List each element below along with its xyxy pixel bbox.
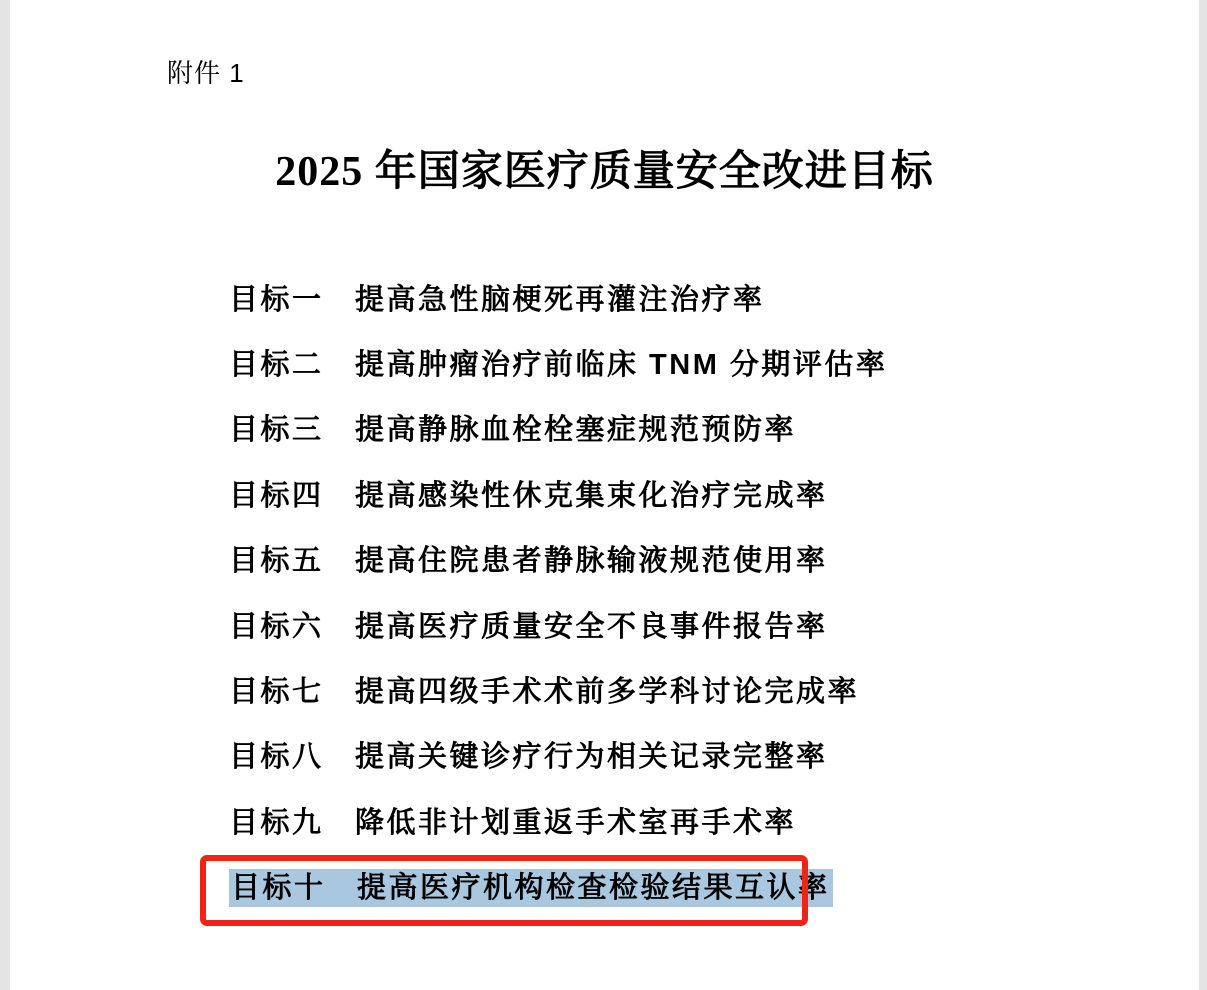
- goal-item-9: 目标九 降低非计划重返手术室再手术率: [0, 790, 1207, 855]
- goal-item-text: 目标一 提高急性脑梗死再灌注治疗率: [229, 281, 765, 319]
- goal-item-4: 目标四 提高感染性休克集束化治疗完成率: [0, 463, 1207, 528]
- goal-item-text: 目标八 提高关键诊疗行为相关记录完整率: [229, 738, 828, 776]
- goal-item-10-highlighted: 目标十 提高医疗机构检查检验结果互认率: [0, 856, 1207, 921]
- goal-item-7: 目标七 提高四级手术术前多学科讨论完成率: [0, 659, 1207, 724]
- goal-item-5: 目标五 提高住院患者静脉输液规范使用率: [0, 529, 1207, 594]
- goal-item-text: 目标九 降低非计划重返手术室再手术率: [229, 804, 796, 842]
- goal-item-text-selected: 目标十 提高医疗机构检查检验结果互认率: [229, 869, 833, 907]
- goal-item-2: 目标二 提高肿瘤治疗前临床 TNM 分期评估率: [0, 332, 1207, 397]
- goal-item-text: 目标四 提高感染性休克集束化治疗完成率: [229, 477, 828, 515]
- goal-list: 目标一 提高急性脑梗死再灌注治疗率 目标二 提高肿瘤治疗前临床 TNM 分期评估…: [0, 267, 1207, 921]
- attachment-label: 附件 1: [167, 53, 245, 90]
- goal-item-text: 目标六 提高医疗质量安全不良事件报告率: [229, 608, 828, 646]
- goal-item-1: 目标一 提高急性脑梗死再灌注治疗率: [0, 267, 1207, 332]
- goal-item-text: 目标五 提高住院患者静脉输液规范使用率: [229, 542, 828, 580]
- document-page: 附件 1 2025 年国家医疗质量安全改进目标 目标一 提高急性脑梗死再灌注治疗…: [0, 0, 1207, 990]
- goal-item-8: 目标八 提高关键诊疗行为相关记录完整率: [0, 725, 1207, 790]
- goal-item-text: 目标七 提高四级手术术前多学科讨论完成率: [229, 673, 859, 711]
- goal-item-text: 目标三 提高静脉血栓栓塞症规范预防率: [229, 411, 796, 449]
- goal-item-text: 目标二 提高肿瘤治疗前临床 TNM 分期评估率: [229, 346, 887, 384]
- document-title: 2025 年国家医疗质量安全改进目标: [10, 142, 1199, 202]
- goal-item-6: 目标六 提高医疗质量安全不良事件报告率: [0, 594, 1207, 659]
- goal-item-3: 目标三 提高静脉血栓栓塞症规范预防率: [0, 398, 1207, 463]
